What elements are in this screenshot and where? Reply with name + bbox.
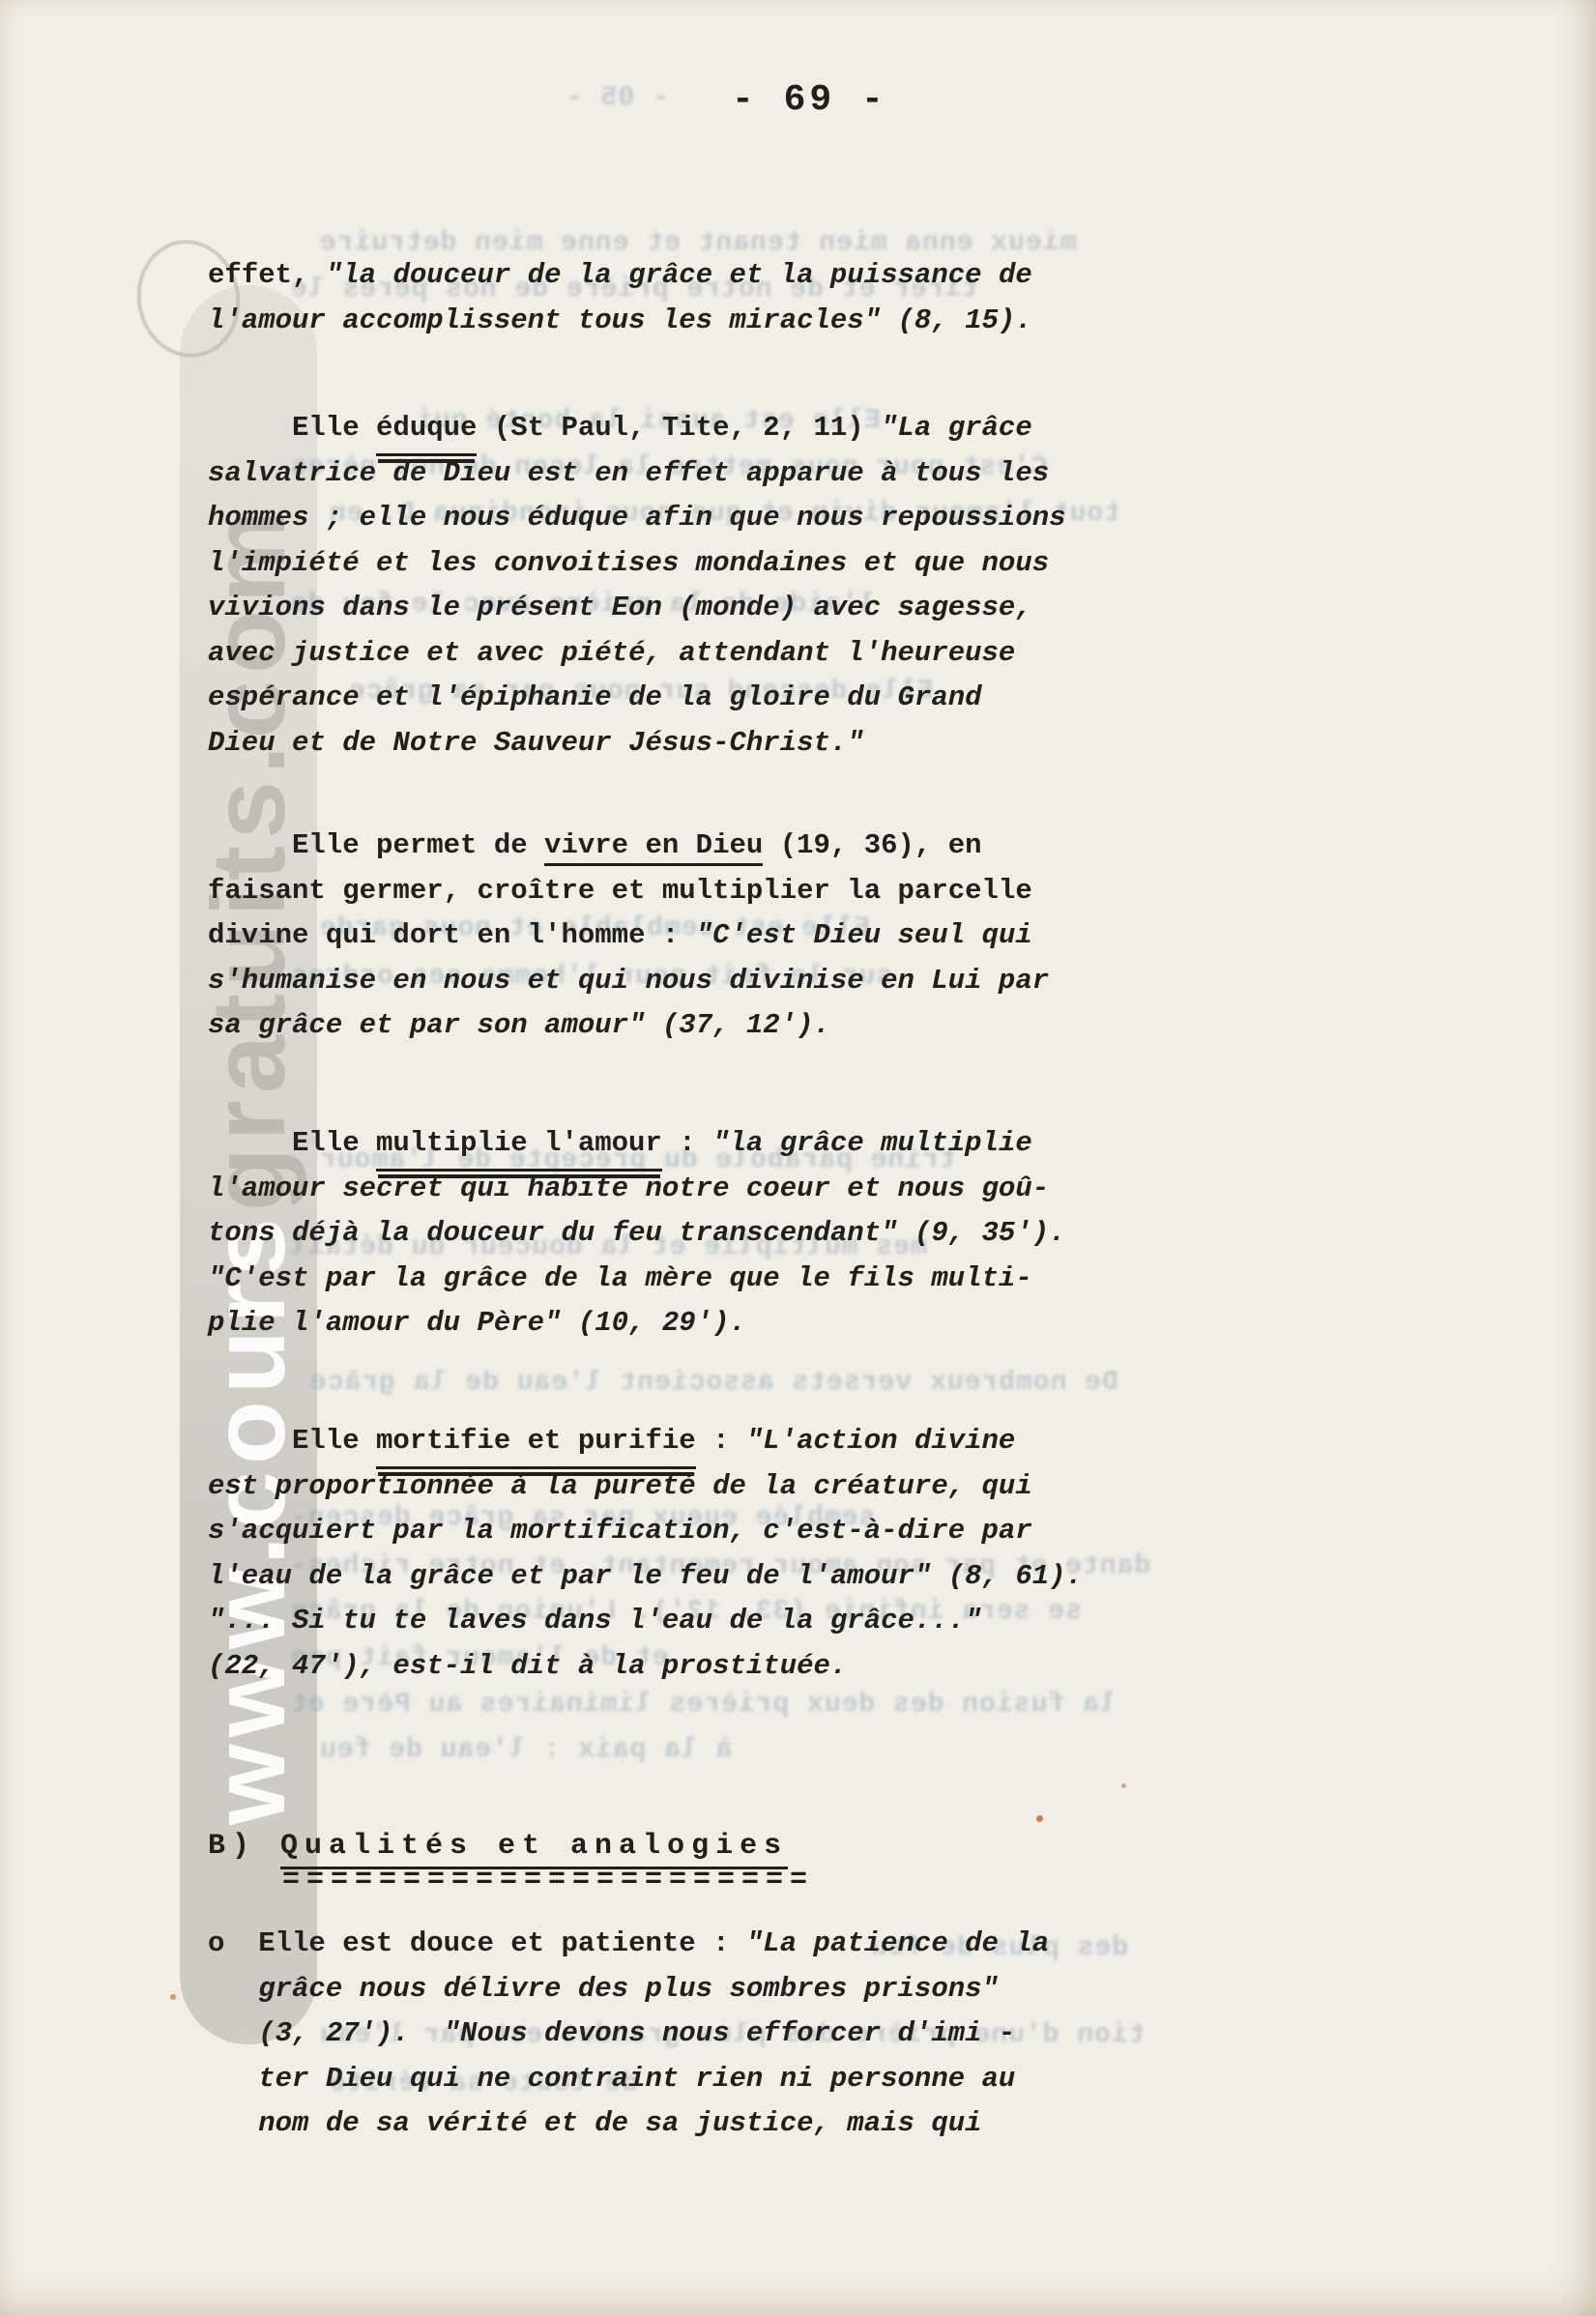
text-line: nom de sa vérité et de sa justice, mais … — [208, 2101, 1049, 2147]
text-segment: l'amour accomplissent tous les miracles"… — [208, 304, 1032, 336]
text-segment: (3, 27'). "Nous devons nous efforcer d'i… — [208, 2017, 1015, 2049]
paragraph-mortifie-purifie: Elle mortifie et purifie : "L'action div… — [208, 1419, 1083, 1689]
text-segment: "L'action divine — [746, 1425, 1015, 1457]
text-segment: (22, 47'), est-il dit à la prostituée. — [208, 1650, 847, 1682]
paper-speck — [170, 1994, 176, 2000]
text-line: (3, 27'). "Nous devons nous efforcer d'i… — [208, 2012, 1049, 2057]
text-segment: faisant germer, croître et multiplier la… — [208, 875, 1032, 907]
heading-index: B) — [208, 1830, 280, 1863]
text-segment: salvatrice de Dieu est en effet apparue … — [208, 457, 1049, 489]
text-segment: l'eau de la grâce et par le feu de l'amo… — [208, 1560, 1083, 1592]
text-segment: grâce nous délivre des plus sombres pris… — [208, 1973, 999, 2005]
text-line: faisant germer, croître et multiplier la… — [208, 869, 1049, 914]
text-line: est proportionnée à la pureté de la créa… — [208, 1464, 1083, 1510]
paragraph-douce-patiente: o Elle est douce et patiente : "La patie… — [208, 1922, 1049, 2147]
heading-double-underline: ====================== — [208, 1864, 814, 1896]
text-line: "... Si tu te laves dans l'eau de la grâ… — [208, 1599, 1083, 1644]
heading-line: B) Qualités et analogies — [208, 1830, 814, 1863]
text-line: Elle mortifie et purifie : "L'action div… — [208, 1419, 1083, 1464]
text-segment: hommes ; elle nous éduque afin que nous … — [208, 502, 1066, 534]
text-segment: Elle — [292, 1127, 376, 1159]
text-line: Elle éduque (St Paul, Tite, 2, 11) "La g… — [208, 406, 1066, 451]
text-line: salvatrice de Dieu est en effet apparue … — [208, 451, 1066, 497]
text-line: s'acquiert par la mortification, c'est-à… — [208, 1509, 1083, 1554]
text-segment: l'impiété et les convoitises mondaines e… — [208, 547, 1049, 579]
text-segment: sa grâce et par son amour" (37, 12'). — [208, 1009, 830, 1041]
text-segment: : — [696, 1425, 746, 1457]
text-segment: plie l'amour du Père" (10, 29'). — [208, 1307, 746, 1339]
text-segment: s'acquiert par la mortification, c'est-à… — [208, 1515, 1032, 1547]
text-line: "C'est par la grâce de la mère que le fi… — [208, 1257, 1066, 1302]
text-segment: vivions dans le présent Eon (monde) avec… — [208, 592, 1032, 623]
underlined-phrase: multiplie l'amour — [376, 1121, 662, 1172]
text-line: divine qui dort en l'homme : "C'est Dieu… — [208, 913, 1049, 959]
text-segment: nom de sa vérité et de sa justice, mais … — [208, 2107, 982, 2139]
text-line: ter Dieu qui ne contraint rien ni person… — [208, 2057, 1049, 2102]
paragraph-elle-eduque: Elle éduque (St Paul, Tite, 2, 11) "La g… — [208, 406, 1066, 766]
text-line: effet, "la douceur de la grâce et la pui… — [208, 253, 1032, 299]
text-line: sa grâce et par son amour" (37, 12'). — [208, 1003, 1049, 1049]
text-line: l'amour accomplissent tous les miracles"… — [208, 299, 1032, 344]
text-line: plie l'amour du Père" (10, 29'). — [208, 1301, 1066, 1346]
scanned-document-page: www.coursgratuits.com - 05 -mieux enna m… — [0, 0, 1596, 2316]
underlined-phrase: vivre en Dieu — [544, 829, 763, 866]
underlined-phrase: mortifie et purifie — [376, 1419, 696, 1469]
text-segment: (19, 36), en — [763, 829, 981, 861]
text-segment: "... Si tu te laves dans l'eau de la grâ… — [208, 1605, 982, 1636]
text-line: Elle multiplie l'amour : "la grâce multi… — [208, 1121, 1066, 1167]
paragraph-vivre-en-dieu: Elle permet de vivre en Dieu (19, 36), e… — [208, 824, 1049, 1049]
text-segment: s'humanise en nous et qui nous divinise … — [208, 965, 1049, 997]
text-segment: o — [208, 1927, 224, 1959]
paper-speck — [1121, 1783, 1126, 1788]
section-heading: B) Qualités et analogies ===============… — [208, 1830, 814, 1896]
text-segment: effet, — [208, 259, 326, 291]
text-line: l'eau de la grâce et par le feu de l'amo… — [208, 1554, 1083, 1600]
underlined-phrase: éduque — [376, 406, 477, 456]
text-line: Elle permet de vivre en Dieu (19, 36), e… — [208, 824, 1049, 869]
text-line: hommes ; elle nous éduque afin que nous … — [208, 496, 1066, 541]
text-segment: tons déjà la douceur du feu transcendant… — [208, 1217, 1066, 1249]
text-line: avec justice et avec piété, attendant l'… — [208, 631, 1066, 677]
text-segment: : — [662, 1127, 712, 1159]
text-segment: Dieu et de Notre Sauveur Jésus-Christ." — [208, 727, 864, 759]
text-segment: (St Paul, Tite, 2, 11) — [477, 412, 881, 444]
document-body: - 69 - effet, "la douceur de la grâce et… — [0, 0, 1596, 2316]
paragraph-intro: effet, "la douceur de la grâce et la pui… — [208, 253, 1032, 343]
text-line: o Elle est douce et patiente : "La patie… — [208, 1922, 1049, 1967]
text-segment: "La patience de la — [746, 1927, 1049, 1959]
text-segment: avec justice et avec piété, attendant l'… — [208, 637, 1015, 669]
text-segment: "la douceur de la grâce et la puissance … — [326, 259, 1032, 291]
text-segment: espérance et l'épiphanie de la gloire du… — [208, 681, 982, 713]
text-line: vivions dans le présent Eon (monde) avec… — [208, 586, 1066, 631]
text-line: Dieu et de Notre Sauveur Jésus-Christ." — [208, 721, 1066, 767]
text-line: espérance et l'épiphanie de la gloire du… — [208, 676, 1066, 721]
text-line: grâce nous délivre des plus sombres pris… — [208, 1967, 1049, 2012]
text-segment: Elle permet de — [292, 829, 544, 861]
text-segment: ter Dieu qui ne contraint rien ni person… — [208, 2063, 1015, 2095]
text-line: s'humanise en nous et qui nous divinise … — [208, 959, 1049, 1004]
text-segment: "la grâce multiplie — [712, 1127, 1032, 1159]
text-segment: Elle est douce et patiente : — [224, 1927, 746, 1959]
text-segment: Elle — [292, 412, 376, 444]
paragraph-multiplie-amour: Elle multiplie l'amour : "la grâce multi… — [208, 1121, 1066, 1346]
text-line: l'amour secret qui habite notre coeur et… — [208, 1167, 1066, 1212]
page-number: - 69 - — [732, 79, 887, 121]
text-line: (22, 47'), est-il dit à la prostituée. — [208, 1644, 1083, 1690]
text-segment: "C'est par la grâce de la mère que le fi… — [208, 1262, 1032, 1294]
text-segment: "C'est Dieu seul qui — [696, 919, 1032, 951]
text-segment: Elle — [292, 1425, 376, 1457]
paper-speck — [1036, 1815, 1043, 1822]
text-segment: "La grâce — [881, 412, 1032, 444]
text-line: tons déjà la douceur du feu transcendant… — [208, 1211, 1066, 1257]
text-segment: divine qui dort en l'homme : — [208, 919, 696, 951]
text-line: l'impiété et les convoitises mondaines e… — [208, 541, 1066, 587]
